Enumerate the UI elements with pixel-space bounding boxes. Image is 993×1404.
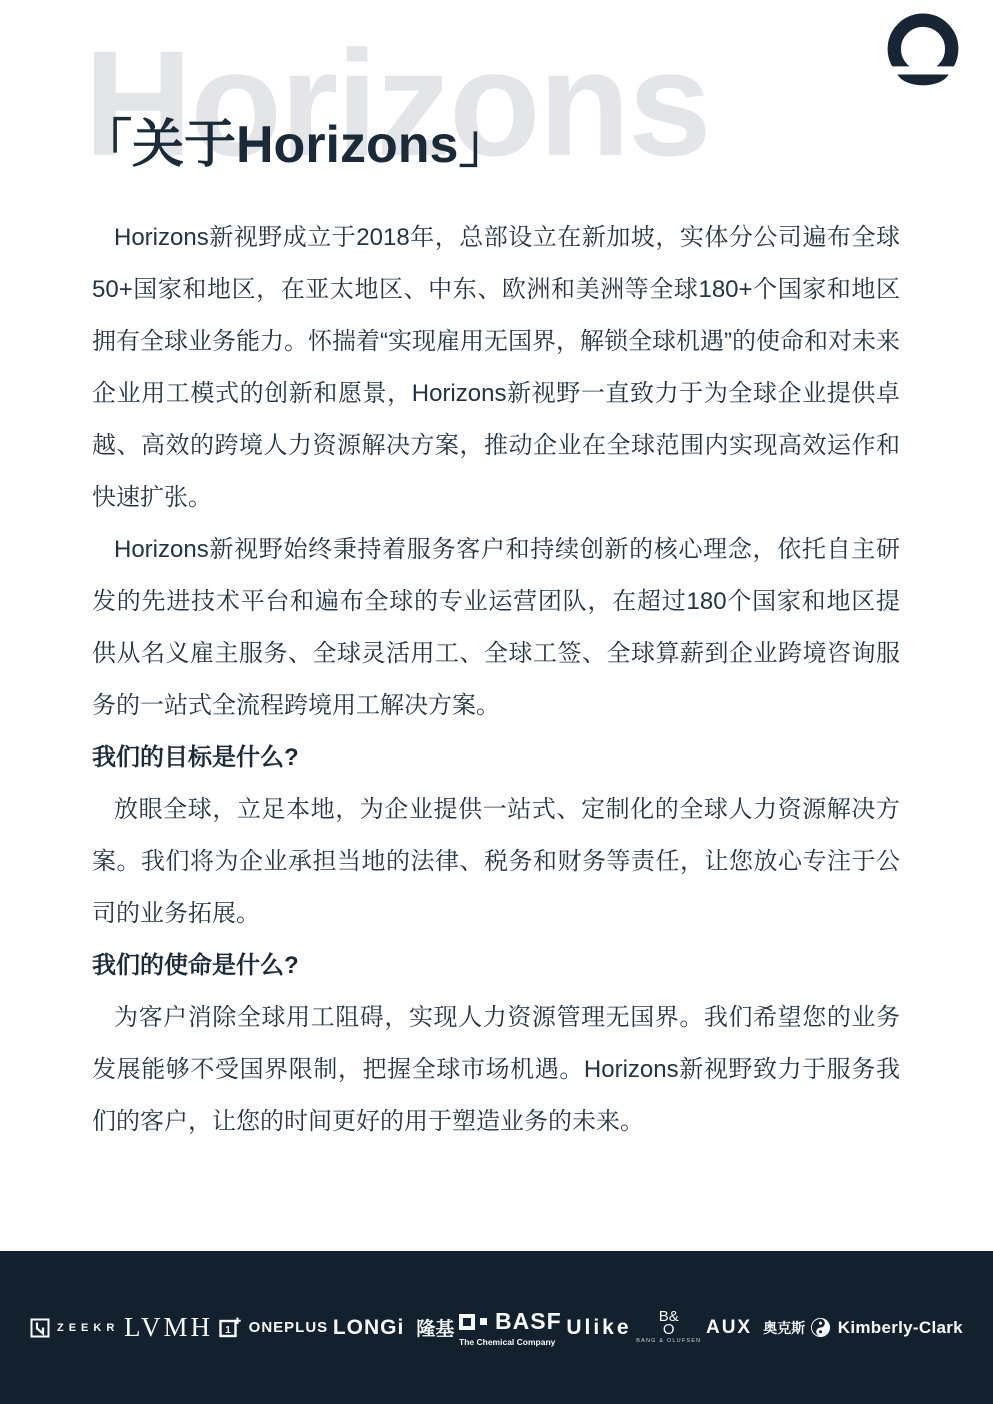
- basf-square-outline-icon: [459, 1314, 475, 1330]
- svg-text:1: 1: [225, 1325, 231, 1336]
- aux-label: AUX: [706, 1317, 752, 1339]
- oneplus-label: ONEPLUS: [249, 1319, 329, 1336]
- basf-square-solid-icon: [480, 1318, 487, 1325]
- bang-olufsen-tagline: BANG & OLUFSEN: [636, 1339, 701, 1345]
- logo-kimberly-clark: Kimberly-Clark: [810, 1317, 963, 1338]
- partner-logo-strip: ZEEKR LVMH 1 ONEPLUS LONGi隆基 BASF The Ch…: [0, 1251, 993, 1404]
- page-title: 「关于Horizons」: [80, 112, 510, 180]
- horizons-logo-icon: [887, 13, 959, 93]
- logo-zeekr: ZEEKR: [30, 1318, 119, 1338]
- intro-paragraph-1: Horizons新视野成立于2018年，总部设立在新加坡，实体分公司遍布全球50…: [92, 212, 900, 524]
- mission-heading: 我们的使命是什么?: [92, 940, 900, 992]
- logo-lvmh: LVMH: [124, 1312, 213, 1343]
- about-horizons-page: Horizons 「关于Horizons」 Horizons新视野成立于2018…: [0, 0, 993, 1404]
- aux-cjk-label: 奥克斯: [763, 1318, 805, 1338]
- bang-olufsen-mark: B& O: [659, 1310, 679, 1336]
- longi-label: LONGi: [333, 1316, 405, 1340]
- logo-oneplus: 1 ONEPLUS: [218, 1316, 329, 1340]
- basf-tagline: The Chemical Company: [459, 1337, 555, 1347]
- logo-basf: BASF The Chemical Company: [459, 1308, 562, 1347]
- basf-label: BASF: [495, 1308, 562, 1335]
- bang-olufsen-line2: O: [659, 1323, 679, 1336]
- ulike-label: Ulike: [566, 1316, 631, 1340]
- goal-heading: 我们的目标是什么?: [92, 732, 900, 784]
- lvmh-label: LVMH: [124, 1312, 213, 1343]
- mission-paragraph: 为客户消除全球用工阻碍，实现人力资源管理无国界。我们希望您的业务发展能够不受国界…: [92, 992, 900, 1148]
- oneplus-icon: 1: [218, 1316, 242, 1340]
- logo-longi: LONGi隆基: [333, 1314, 455, 1341]
- goal-paragraph: 放眼全球，立足本地，为企业提供一站式、定制化的全球人力资源解决方案。我们将为企业…: [92, 784, 900, 940]
- article-body: Horizons新视野成立于2018年，总部设立在新加坡，实体分公司遍布全球50…: [92, 212, 900, 1148]
- logo-bang-olufsen: B& O BANG & OLUFSEN: [636, 1310, 701, 1345]
- intro-paragraph-2: Horizons新视野始终秉持着服务客户和持续创新的核心理念，依托自主研发的先进…: [92, 524, 900, 732]
- logo-aux: AUX奥克斯: [706, 1317, 805, 1339]
- zeekr-label: ZEEKR: [57, 1322, 119, 1334]
- zeekr-icon: [30, 1318, 50, 1338]
- kimberly-clark-label: Kimberly-Clark: [838, 1318, 963, 1338]
- logo-ulike: Ulike: [566, 1316, 631, 1340]
- longi-cjk-label: 隆基: [416, 1314, 454, 1341]
- kimberly-clark-icon: [810, 1317, 831, 1338]
